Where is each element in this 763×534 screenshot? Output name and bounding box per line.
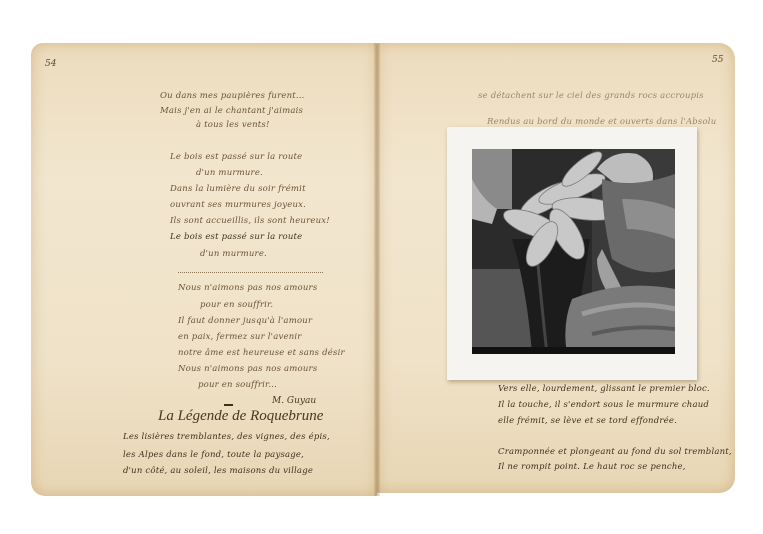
section-title: La Légende de Roquebrune (158, 408, 323, 425)
poem-line: en paix, fermez sur l'avenir (178, 332, 302, 342)
poem-line: se détachent sur le ciel des grands rocs… (478, 91, 704, 101)
photo-image (472, 149, 675, 354)
poem-line: Le bois est passé sur la route (170, 152, 302, 162)
section-line: d'un côté, au soleil, les maisons du vil… (123, 466, 313, 476)
black-and-white-photograph (472, 149, 675, 354)
section-line: Les lisières tremblantes, des vignes, de… (123, 432, 330, 442)
poem-line: d'un murmure. (200, 249, 267, 259)
poem-line: Il la touche, il s'endort sous le murmur… (498, 400, 709, 410)
poem-line: Vers elle, lourdement, glissant le premi… (498, 384, 710, 394)
poem-line: Il ne rompit point. Le haut roc se pench… (498, 462, 686, 472)
poem-line: ouvrant ses murmures joyeux. (170, 200, 306, 210)
left-page-number: 54 (45, 59, 56, 69)
poem-line: Dans la lumière du soir frémit (170, 184, 306, 194)
poem-line: Mais j'en ai le chantant j'aimais (160, 106, 303, 116)
dotted-separator (178, 272, 323, 273)
poem-line: Rendus au bord du monde et ouverts dans … (487, 117, 716, 127)
right-page-number: 55 (712, 55, 723, 65)
signature: M. Guyau (272, 396, 316, 406)
poem-line: pour en souffrir... (198, 380, 277, 390)
section-line: les Alpes dans le fond, toute la paysage… (123, 450, 304, 460)
poem-line: notre âme est heureuse et sans désir (178, 348, 345, 358)
poem-line: Le bois est passé sur la route (170, 232, 302, 242)
poem-line: Ils sont accueillis, ils sont heureux! (170, 216, 330, 226)
poem-line: d'un murmure. (196, 168, 263, 178)
book-gutter (374, 43, 380, 496)
section-dash (224, 404, 233, 406)
poem-line: Nous n'aimons pas nos amours (178, 364, 317, 374)
poem-line: Ou dans mes paupières furent... (160, 91, 305, 101)
poem-line: à tous les vents! (196, 120, 270, 130)
photo-mount (447, 127, 697, 380)
poem-line: pour en souffrir. (200, 300, 273, 310)
poem-line: Nous n'aimons pas nos amours (178, 283, 317, 293)
poem-line: elle frémit, se lève et se tord effondré… (498, 416, 677, 426)
poem-line: Il faut donner jusqu'à l'amour (178, 316, 312, 326)
poem-line: Cramponnée et plongeant au fond du sol t… (498, 447, 732, 457)
